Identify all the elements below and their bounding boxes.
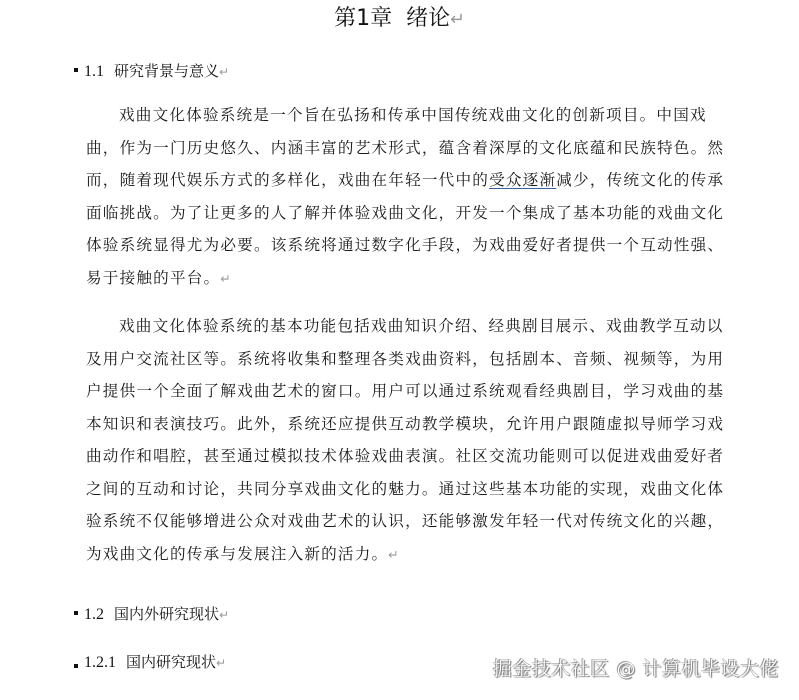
text-line: 验系统不仅能够增进公众对戏曲艺术的认识，还能够激发年轻一代对传统文化的兴趣， xyxy=(86,505,762,538)
paragraph-mark-icon: ↵ xyxy=(450,10,465,30)
section-number: 1.1 xyxy=(84,63,104,80)
paragraph-mark-icon: ↵ xyxy=(219,65,229,79)
section-number: 1.2 xyxy=(84,606,104,623)
section-heading-1-2: 1.2国内外研究现状↵ xyxy=(74,603,229,626)
chapter-number: 第1章 xyxy=(334,6,392,31)
paragraph-functions: 戏曲文化体验系统的基本功能包括戏曲知识介绍、经典剧目展示、戏曲教学互动以 及用户… xyxy=(86,310,762,570)
section-title: 国内外研究现状 xyxy=(114,605,219,623)
heading-bullet-icon xyxy=(74,68,78,72)
paragraph-mark-icon: ↵ xyxy=(216,656,226,670)
text-line: 曲，作为一门历史悠久、内涵丰富的艺术形式，蕴含着深厚的文化底蕴和民族特色。然 xyxy=(86,132,762,165)
text-line: 面临挑战。为了让更多的人了解并体验戏曲文化，开发一个集成了基本功能的戏曲文化 xyxy=(86,197,762,230)
text-line: 体验系统显得尤为必要。该系统将通过数字化手段，为戏曲爱好者提供一个互动性强、 xyxy=(86,229,762,262)
text-segment: 减少，传统文化的传承 xyxy=(556,171,724,189)
text-line: 为戏曲文化的传承与发展注入新的活力。↵ xyxy=(86,538,762,571)
section-title: 研究背景与意义 xyxy=(114,62,219,80)
text-line: 户提供一个全面了解戏曲艺术的窗口。用户可以通过系统观看经典剧目，学习戏曲的基 xyxy=(86,375,762,408)
section-heading-1-2-1: 1.2.1国内研究现状↵ xyxy=(74,651,226,674)
paragraph-background: 戏曲文化体验系统是一个旨在弘扬和传承中国传统戏曲文化的创新项目。中国戏 曲，作为… xyxy=(86,99,762,294)
heading-bullet-icon xyxy=(74,664,78,668)
section-heading-1-1: 1.1研究背景与意义↵ xyxy=(74,60,229,83)
text-segment: 而，随着现代娱乐方式的多样化，戏曲在年轻一代中的 xyxy=(86,171,489,189)
text-segment: 易于接触的平台。 xyxy=(86,269,220,287)
text-line: 戏曲文化体验系统的基本功能包括戏曲知识介绍、经典剧目展示、戏曲教学互动以 xyxy=(86,310,762,343)
text-line: 戏曲文化体验系统是一个旨在弘扬和传承中国传统戏曲文化的创新项目。中国戏 xyxy=(86,99,762,132)
chapter-name: 绪论 xyxy=(406,6,450,31)
text-line: 曲动作和唱腔，甚至通过模拟技术体验戏曲表演。社区交流功能则可以促进戏曲爱好者 xyxy=(86,440,762,473)
paragraph-mark-icon: ↵ xyxy=(220,271,232,286)
heading-bullet-icon xyxy=(74,611,78,615)
text-segment: 为戏曲文化的传承与发展注入新的活力。 xyxy=(86,545,388,563)
paragraph-mark-icon: ↵ xyxy=(388,547,400,562)
document-page: 第1章 绪论↵ 1.1研究背景与意义↵ 戏曲文化体验系统是一个旨在弘扬和传承中国… xyxy=(0,0,799,700)
text-line: 而，随着现代娱乐方式的多样化，戏曲在年轻一代中的受众逐渐减少，传统文化的传承 xyxy=(86,164,762,197)
watermark: 掘金技术社区 @ 计算机毕设大佬 xyxy=(493,654,779,681)
text-line: 本知识和表演技巧。此外，系统还应提供互动教学模块，允许用户跟随虚拟导师学习戏 xyxy=(86,408,762,441)
section-title: 国内研究现状 xyxy=(126,653,216,671)
paragraph-mark-icon: ↵ xyxy=(219,608,229,622)
section-number: 1.2.1 xyxy=(84,654,116,671)
text-line: 及用户交流社区等。系统将收集和整理各类戏曲资料，包括剧本、音频、视频等，为用 xyxy=(86,343,762,376)
grammar-underlined-text[interactable]: 受众逐渐 xyxy=(489,171,556,189)
chapter-title: 第1章 绪论↵ xyxy=(0,4,799,35)
text-line: 之间的互动和讨论，共同分享戏曲文化的魅力。通过这些基本功能的实现，戏曲文化体 xyxy=(86,473,762,506)
text-line: 易于接触的平台。↵ xyxy=(86,262,762,295)
